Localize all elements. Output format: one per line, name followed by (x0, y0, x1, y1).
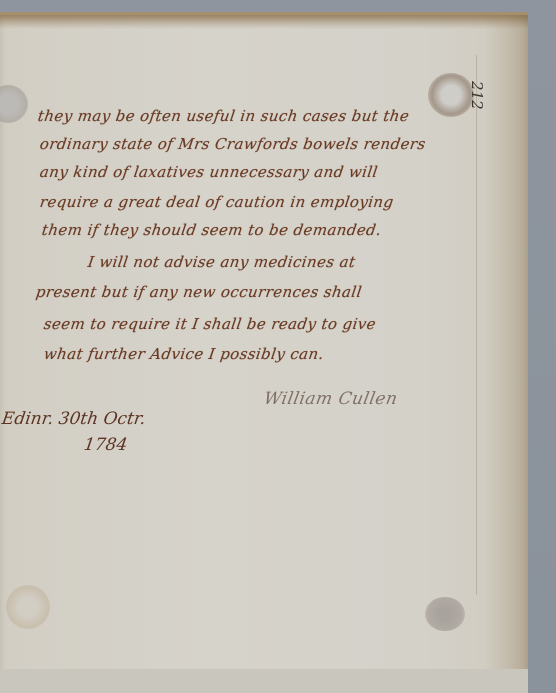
manuscript-page: 212 they may be often useful in such cas… (0, 12, 528, 683)
wax-stain-top-left (0, 85, 28, 123)
body-line-3: any kind of laxatives unnecessary and wi… (39, 163, 379, 181)
page-top-edge-discoloration (0, 15, 528, 29)
body-line-1: they may be often useful in such cases b… (37, 107, 411, 125)
body-line-2: ordinary state of Mrs Crawfords bowels r… (39, 135, 427, 153)
underlying-sheet-edge (0, 669, 528, 693)
body-line-9: what further Advice I possibly can. (43, 345, 325, 363)
folio-number: 212 (468, 81, 486, 110)
body-line-6: I will not advise any medicines at (87, 253, 357, 271)
place-date-line: Edinr. 30th Octr. (1, 409, 147, 429)
wax-stain-bottom-left (6, 585, 50, 629)
margin-fold-line (476, 55, 477, 595)
signature: William Cullen (262, 389, 399, 409)
wax-stain-bottom-right (425, 597, 465, 631)
year-line: 1784 (83, 435, 129, 455)
body-line-7: present but if any new occurrences shall (35, 283, 363, 301)
page-right-edge-discoloration (484, 15, 528, 683)
body-line-8: seem to require it I shall be ready to g… (43, 315, 378, 333)
body-line-4: require a great deal of caution in emplo… (39, 193, 395, 211)
body-line-5: them if they should seem to be demanded. (41, 221, 383, 239)
